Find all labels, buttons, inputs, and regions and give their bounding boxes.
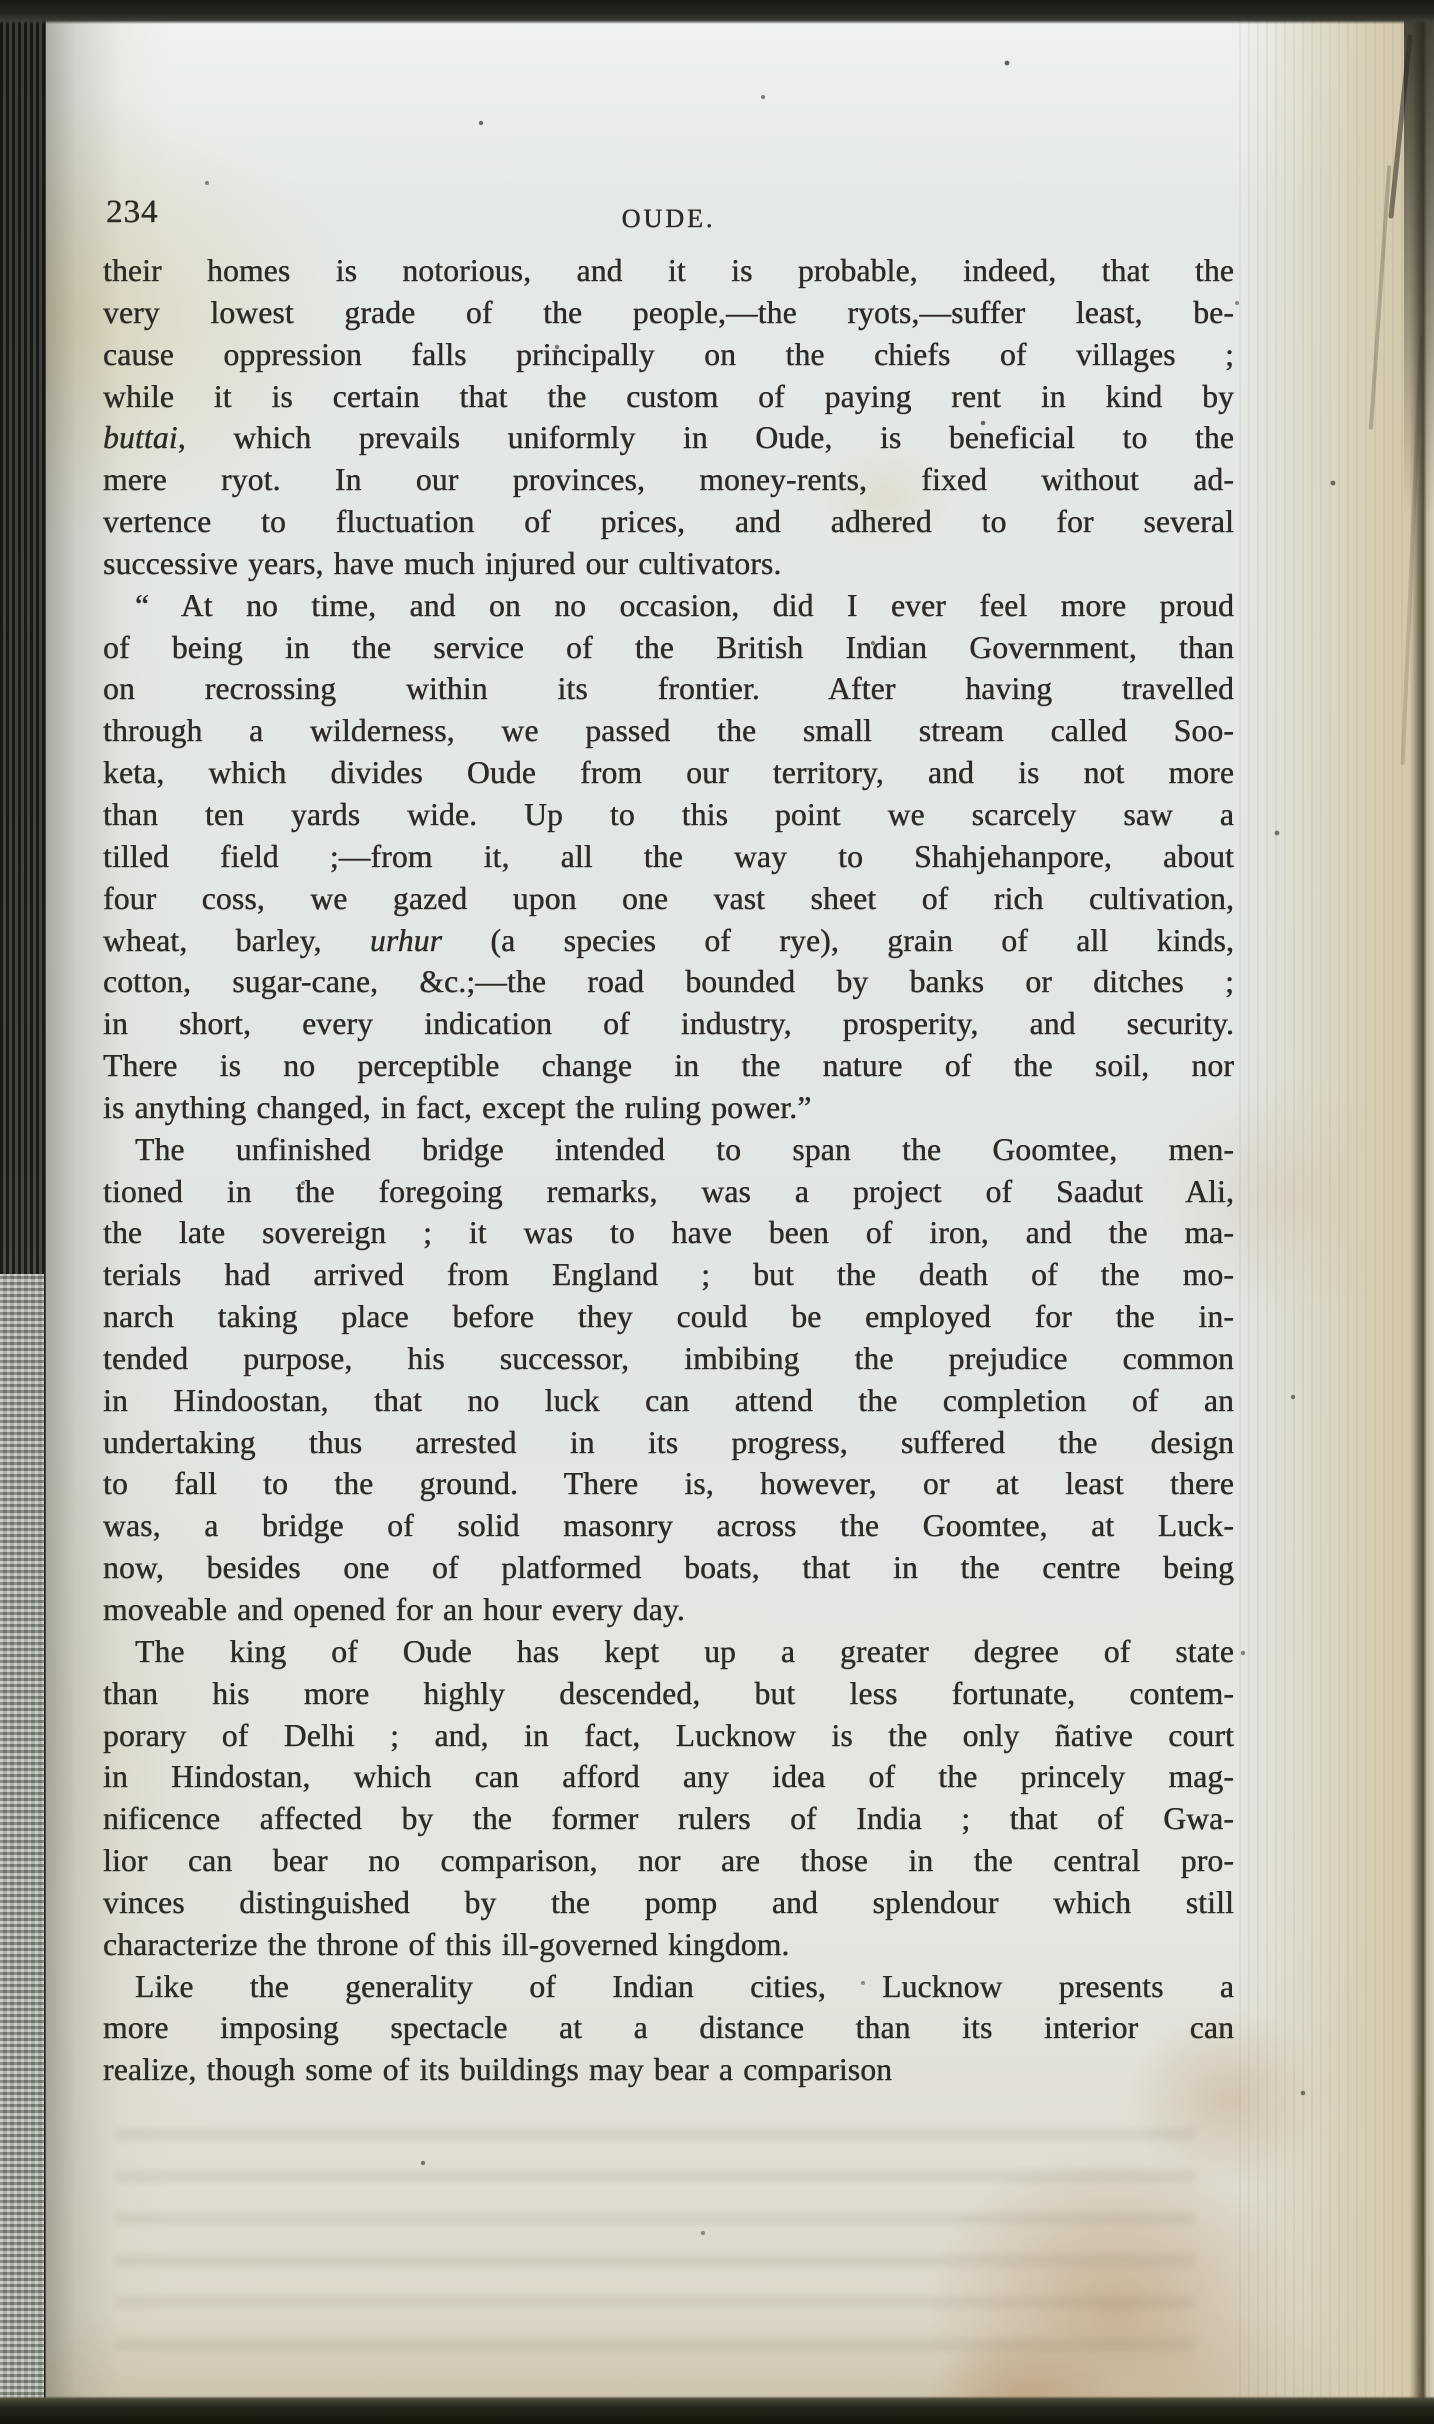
photo-bottom-edge (0, 2396, 1434, 2424)
text-line: The king of Oude has kept up a greater d… (103, 1631, 1234, 1673)
text-line: the late sovereign ; it was to have been… (103, 1212, 1234, 1254)
text-line: was, a bridge of solid masonry across th… (103, 1505, 1234, 1547)
text-line: now, besides one of platformed boats, th… (103, 1547, 1234, 1589)
text-line: The unfinished bridge intended to span t… (103, 1129, 1234, 1171)
text-line: on recrossing within its frontier. After… (103, 668, 1234, 710)
text-line: is anything changed, in fact, except the… (103, 1087, 1234, 1129)
text-line: cause oppression falls principally on th… (103, 334, 1234, 376)
text-line: while it is certain that the custom of p… (103, 376, 1234, 418)
corner-shadow (1404, 0, 1434, 560)
binding-cloth-texture (0, 1274, 44, 2404)
book-scan-photo: { "colors": { "paper": "#e4e8e5", "ink":… (0, 0, 1434, 2424)
text-line: in Hindostan, which can afford any idea … (103, 1756, 1234, 1798)
page-body: their homes is notorious, and it is prob… (103, 250, 1234, 2091)
reverse-side-showthrough (115, 2128, 1195, 2378)
photo-top-edge (0, 0, 1434, 24)
text-line: their homes is notorious, and it is prob… (103, 250, 1234, 292)
text-line: There is no perceptible change in the na… (103, 1045, 1234, 1087)
text-line: lior can bear no comparison, nor are tho… (103, 1840, 1234, 1882)
text-line: narch taking place before they could be … (103, 1296, 1234, 1338)
text-line: keta, which divides Oude from our territ… (103, 752, 1234, 794)
text-line: tioned in the foregoing remarks, was a p… (103, 1171, 1234, 1213)
text-line: tilled field ;—from it, all the way to S… (103, 836, 1234, 878)
text-line: in Hindoostan, that no luck can attend t… (103, 1380, 1234, 1422)
text-line: Like the generality of Indian cities, Lu… (103, 1966, 1234, 2008)
text-line: wheat, barley, urhur (a species of rye),… (103, 920, 1234, 962)
text-line: than his more highly descended, but less… (103, 1673, 1234, 1715)
text-line: tended purpose, his successor, imbibing … (103, 1338, 1234, 1380)
text-line: characterize the throne of this ill-gove… (103, 1924, 1234, 1966)
text-line: of being in the service of the British I… (103, 627, 1234, 669)
text-line: moveable and opened for an hour every da… (103, 1589, 1234, 1631)
text-line: through a wilderness, we passed the smal… (103, 710, 1234, 752)
text-line: nificence affected by the former rulers … (103, 1798, 1234, 1840)
running-head: OUDE. (103, 204, 1234, 234)
text-line: to fall to the ground. There is, however… (103, 1463, 1234, 1505)
text-line: more imposing spectacle at a distance th… (103, 2007, 1234, 2049)
text-line: vertence to fluctuation of prices, and a… (103, 501, 1234, 543)
text-line: terials had arrived from England ; but t… (103, 1254, 1234, 1296)
text-line: realize, though some of its buildings ma… (103, 2049, 1234, 2091)
text-line: very lowest grade of the people,—the ryo… (103, 292, 1234, 334)
text-line: mere ryot. In our provinces, money-rents… (103, 459, 1234, 501)
text-line: successive years, have much injured our … (103, 543, 1234, 585)
text-line: than ten yards wide. Up to this point we… (103, 794, 1234, 836)
text-line: “ At no time, and on no occasion, did I … (103, 585, 1234, 627)
text-line: porary of Delhi ; and, in fact, Lucknow … (103, 1715, 1234, 1757)
text-line: vinces distinguished by the pomp and spl… (103, 1882, 1234, 1924)
text-line: cotton, sugar-cane, &c.;—the road bounde… (103, 961, 1234, 1003)
text-line: buttai, which prevails uniformly in Oude… (103, 417, 1234, 459)
text-line: four coss, we gazed upon one vast sheet … (103, 878, 1234, 920)
text-line: undertaking thus arrested in its progres… (103, 1422, 1234, 1464)
text-line: in short, every indication of industry, … (103, 1003, 1234, 1045)
